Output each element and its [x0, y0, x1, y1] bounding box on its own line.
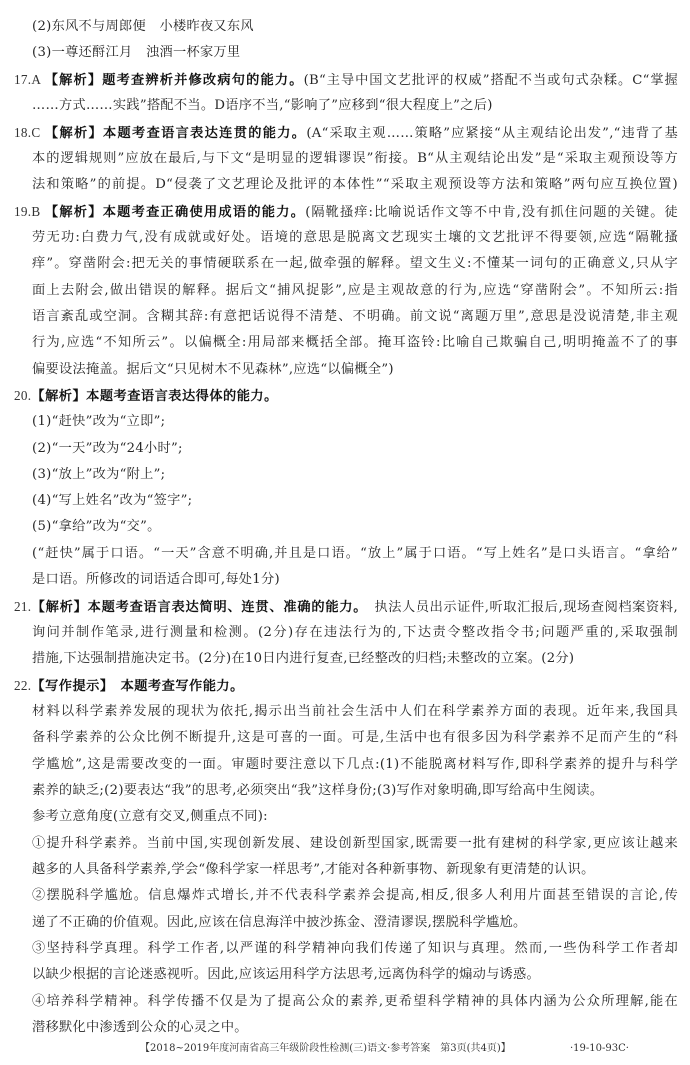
- question-21-line-2: 询问并制作笔录,进行测量和检测。(2分)存在违法行为的,下达责令整改指令书;问题…: [32, 624, 678, 642]
- analysis-text: 执法人员出示证件,听取汇报后,现场查阅档案资料,: [361, 600, 678, 615]
- question-20-note-2: 是口语。所修改的词语适合即可,每处1分): [32, 571, 678, 589]
- angle-2-line-1: ②摆脱科学尴尬。信息爆炸式增长,并不代表科学素养会提高,相反,很多人利用片面甚至…: [32, 887, 678, 905]
- question-22-angles-heading: 参考立意角度(立意有交叉,侧重点不同):: [32, 808, 678, 826]
- question-22-line-1: 材料以科学素养发展的现状为依托,揭示出当前社会生活中人们在科学素养方面的表现。近…: [32, 703, 678, 721]
- question-number: 20.: [14, 388, 31, 403]
- angle-1-line-2: 越多的人具备科学素养,学会“像科学家一样思考”,才能对各种新事物、新现象有更清楚…: [32, 861, 678, 879]
- angle-4-line-1: ④培养科学精神。科学传播不仅是为了提高公众的素养,更希望科学精神的具体内涵为公众…: [32, 993, 678, 1011]
- writing-tip-heading: 【写作提示】 本题考查写作能力。: [31, 679, 243, 694]
- question-18-line-1: 18.C 【解析】本题考查语言表达连贯的能力。(A“采取主观……策略”应紧接“从…: [14, 124, 678, 143]
- angle-3-line-1: ③坚持科学真理。科学工作者,以严谨的科学精神向我们传递了知识与真理。然而,一些伪…: [32, 940, 678, 958]
- analysis-heading: 【解析】本题考查语言表达简明、连贯、准确的能力。: [31, 600, 360, 615]
- question-20-note-1: (“赶快”属于口语。“一天”含意不明确,并且是口语。“放上”属于口语。“写上姓名…: [32, 545, 678, 563]
- angle-4-line-2: 潜移默化中渗透到公众的心灵之中。: [32, 1019, 678, 1037]
- question-17-line-1: 17.A 【解析】题考查辨析并修改病句的能力。(B“主导中国文艺批评的权威”搭配…: [14, 71, 678, 90]
- question-21-line-1: 21.【解析】本题考查语言表达简明、连贯、准确的能力。 执法人员出示证件,听取汇…: [14, 598, 678, 617]
- question-19-line-6: 行为,应选“不知所云”。以偏概全:用局部来概括全部。掩耳盗铃:比喻自己欺骗自己,…: [32, 334, 678, 352]
- question-number: 19.B: [14, 204, 45, 219]
- question-19-line-4: 面上去附会,做出错误的解释。据后文“捕风捉影”,应是主观故意的行为,应选“穿凿附…: [32, 282, 678, 300]
- answer-key-page: (2)东风不与周郎便 小楼昨夜又东风 (3)一尊还酹江月 浊酒一杯家万里 17.…: [0, 0, 690, 1065]
- analysis-text: (A“采取主观……策略”应紧接“从主观结论出发”,“违背了基: [306, 126, 678, 141]
- analysis-heading: 【解析】本题考查语言表达得体的能力。: [31, 389, 277, 404]
- question-22-line-2: 备科学素养的公众比例不断提升,这是可喜的一面。可是,生活中也有很多因为科学素养不…: [32, 729, 678, 747]
- question-20-item-5: (5)“拿给”改为“交”。: [32, 518, 678, 536]
- poem-answer-2: (2)东风不与周郎便 小楼昨夜又东风: [32, 18, 678, 36]
- analysis-heading: 【解析】本题考查语言表达连贯的能力。: [45, 126, 306, 141]
- question-20-item-3: (3)“放上”改为“附上”;: [32, 466, 678, 484]
- question-19-line-7: 偏要设法掩盖。据后文“只见树木不见森林”,应选“以偏概全”): [32, 361, 678, 379]
- question-20-heading: 20.【解析】本题考查语言表达得体的能力。: [14, 387, 678, 406]
- question-19-line-1: 19.B 【解析】本题考查正确使用成语的能力。(隔靴搔痒:比喻说话作文等不中肯,…: [14, 203, 678, 222]
- footer-code: ·19-10-93C·: [570, 1042, 629, 1056]
- analysis-text: (B“主导中国文艺批评的权威”搭配不当或句式杂糅。C“掌握: [304, 73, 678, 88]
- question-19-line-2: 劳无功:白费力气,没有成就或好处。语境的意思是脱离文艺现实土壤的文艺批评不得要领…: [32, 229, 678, 247]
- question-number: 17.A: [14, 72, 45, 87]
- footer-title: 【2018~2019年度河南省高三年级阶段性检测(三)语文·参考答案 第3页(共…: [140, 1043, 511, 1054]
- analysis-heading: 【解析】题考查辨析并修改病句的能力。: [45, 73, 304, 88]
- analysis-heading: 【解析】本题考查正确使用成语的能力。: [45, 205, 305, 220]
- question-18-line-3: 法和策略”的前提。D“侵袭了文艺理论及批评的本体性”“采取主观预设等方法和策略”…: [32, 176, 678, 194]
- question-20-item-1: (1)“赶快”改为“立即”;: [32, 413, 678, 431]
- question-17-line-2: ……方式……实践”搭配不当。D语序不当,“影响了”应移到“很大程度上”之后): [32, 97, 678, 115]
- question-19-line-3: 痒”。穿凿附会:把无关的事情硬联系在一起,做牵强的解释。望文生义:不懂某一词句的…: [32, 255, 678, 273]
- angle-1-line-1: ①提升科学素养。当前中国,实现创新发展、建设创新型国家,既需要一批有建树的科学家…: [32, 835, 678, 853]
- angle-3-line-2: 以缺少根据的言论迷惑视听。因此,应该运用科学方法思考,远离伪科学的煽动与诱惑。: [32, 966, 678, 984]
- question-number: 21.: [14, 599, 31, 614]
- question-22-heading: 22.【写作提示】 本题考查写作能力。: [14, 677, 678, 696]
- question-19-line-5: 语言紊乱或空洞。含糊其辞:有意把话说得不清楚、不明确。前文说“离题万里”,意思是…: [32, 308, 678, 326]
- question-number: 18.C: [14, 125, 45, 140]
- page-footer: 【2018~2019年度河南省高三年级阶段性检测(三)语文·参考答案 第3页(共…: [140, 1042, 680, 1056]
- question-20-item-2: (2)“一天”改为“24小时”;: [32, 440, 678, 458]
- angle-2-line-2: 递了不正确的价值观。因此,应该在信息海洋中披沙拣金、澄清谬误,摆脱科学尴尬。: [32, 914, 678, 932]
- question-22-line-3: 学尴尬”,这是需要改变的一面。审题时要注意以下几点:(1)不能脱离材料写作,即科…: [32, 756, 678, 774]
- question-18-line-2: 本的逻辑规则”应放在最后,与下文“是明显的逻辑谬误”衔接。B“从主观结论出发”是…: [32, 150, 678, 168]
- question-number: 22.: [14, 678, 31, 693]
- question-22-line-4: 素养的缺乏;(2)要表达“我”的思考,必须突出“我”这样身份;(3)写作对象明确…: [32, 782, 678, 800]
- question-21-line-3: 措施,下达强制措施决定书。(2分)在10日内进行复查,已经整改的归档;未整改的立…: [32, 650, 678, 668]
- poem-answer-3: (3)一尊还酹江月 浊酒一杯家万里: [32, 44, 678, 62]
- analysis-text: (隔靴搔痒:比喻说话作文等不中肯,没有抓住问题的关键。徒: [305, 205, 678, 220]
- question-20-item-4: (4)“写上姓名”改为“签字”;: [32, 492, 678, 510]
